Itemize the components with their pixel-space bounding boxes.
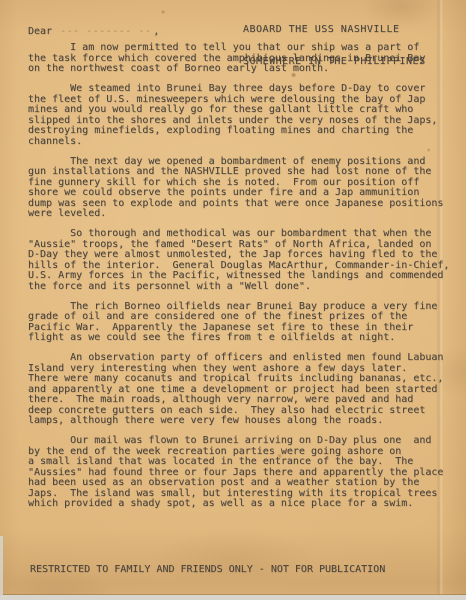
restriction-notice: RESTRICTED TO FAMILY AND FRIENDS ONLY - … (30, 565, 385, 576)
salutation-prefix: Dear (28, 26, 52, 37)
letter-body: I am now permitted to tell you that our … (28, 43, 458, 519)
salutation: Dear--- ------- --, (28, 27, 159, 38)
redacted-name: --- ------- -- (60, 26, 151, 37)
paragraph-2: We steamed into Brunei Bay three days be… (28, 84, 458, 147)
paragraph-1: I am now permitted to tell you that our … (28, 43, 458, 75)
letterhead-line1: ABOARD THE USS NASHVILLE (243, 25, 426, 36)
letter-photo: ABOARD THE USS NASHVILLE SOMEWHERE IN TH… (0, 0, 466, 600)
salutation-comma: , (153, 26, 159, 37)
paragraph-4: So thorough and methodical was our bomba… (28, 229, 458, 292)
paragraph-3: The next day we opened a bombardment of … (28, 157, 458, 220)
photo-edge-bottom (0, 595, 466, 600)
photo-edge-left (0, 536, 3, 596)
paragraph-5: The rich Borneo oilfields near Brunei Ba… (28, 302, 458, 344)
paragraph-6: An observation party of officers and enl… (28, 353, 458, 427)
paragraph-7: Our mail was flown to Brunei arriving on… (28, 436, 458, 510)
